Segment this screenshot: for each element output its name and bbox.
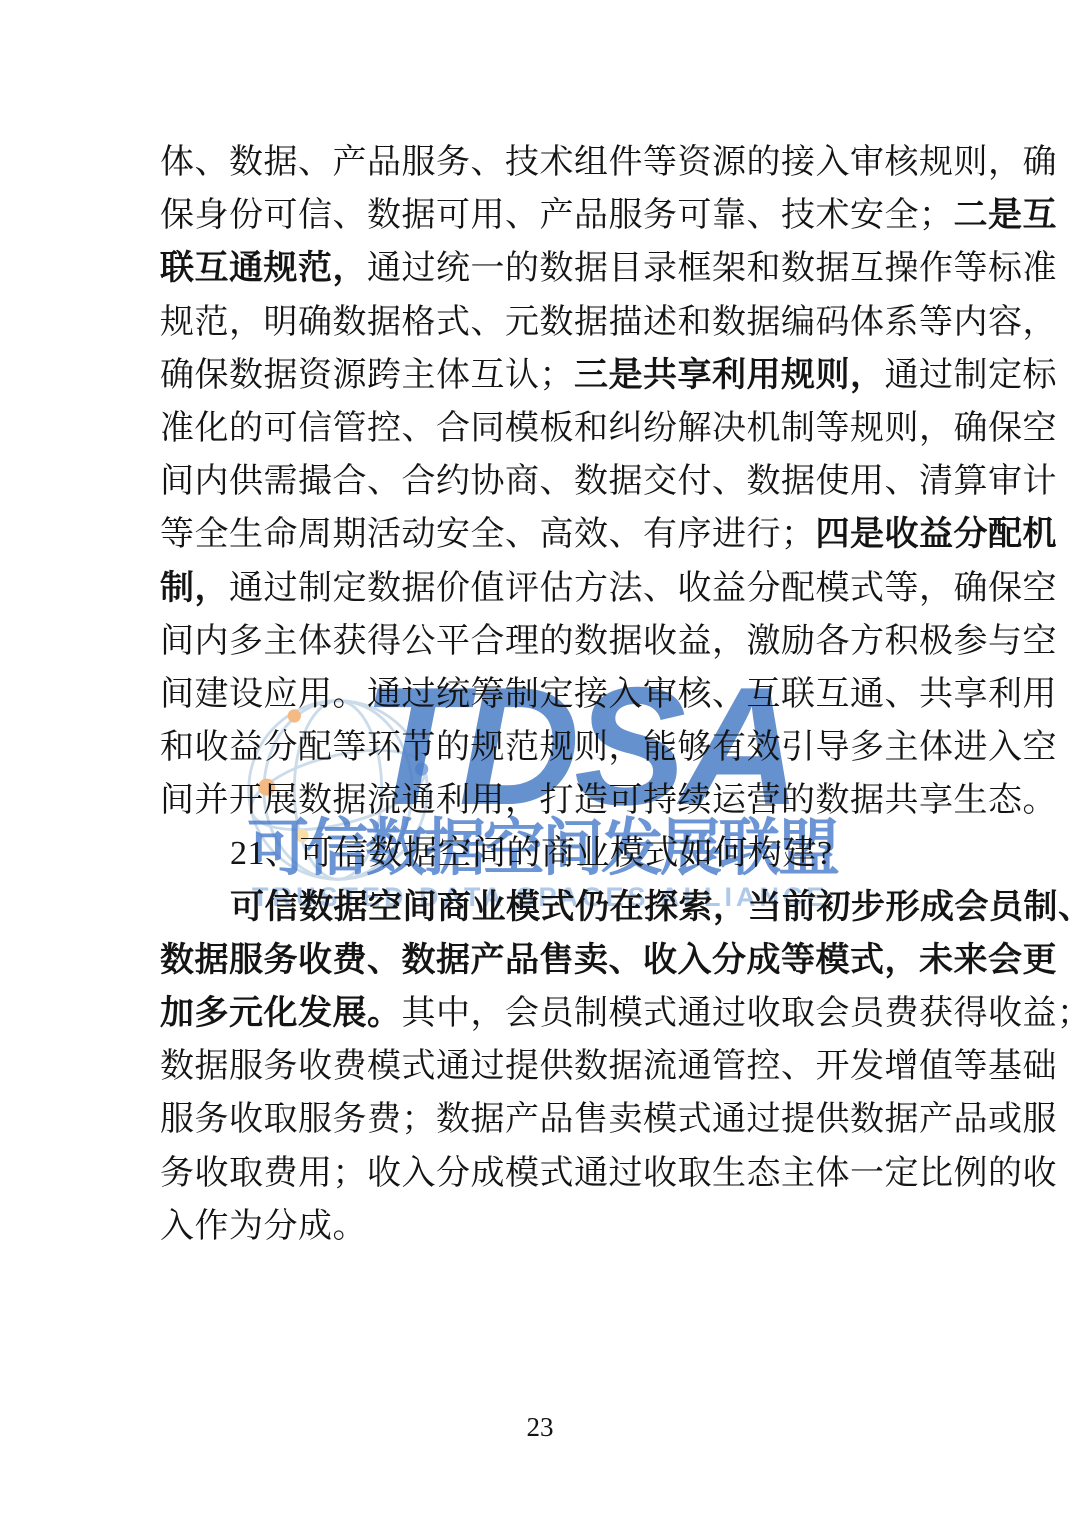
text-line: 间并开展数据流通利用，打造可持续运营的数据共享生态。 (160, 774, 920, 827)
text-line: 服务收取服务费；数据产品售卖模式通过提供数据产品或服 (160, 1093, 920, 1146)
text-line: 间建设应用。通过统筹制定接入审核、互联互通、共享利用 (160, 668, 920, 721)
text-run: 规范，明确数据格式、元数据描述和数据编码体系等内容， (160, 304, 1057, 341)
text-run: 务收取费用；收入分成模式通过收取生态主体一定比例的收 (160, 1155, 1057, 1192)
bold-text-run: 可信数据空间商业模式仍在探索，当前初步形成会员制、 (230, 888, 1080, 926)
text-run: 间并开展数据流通利用，打造可持续运营的数据共享生态。 (160, 782, 1057, 819)
text-line: 数据服务收费模式通过提供数据流通管控、开发增值等基础 (160, 1040, 920, 1093)
text-line: 间内供需撮合、合约协商、数据交付、数据使用、清算审计 (160, 455, 920, 508)
page-number: 23 (0, 1410, 1080, 1444)
text-run: 其中，会员制模式通过收取会员费获得收益； (402, 995, 1080, 1032)
text-run: 体、数据、产品服务、技术组件等资源的接入审核规则，确 (160, 144, 1057, 181)
text-line: 等全生命周期活动安全、高效、有序进行；四是收益分配机 (160, 508, 920, 561)
text-line: 间内多主体获得公平合理的数据收益，激励各方积极参与空 (160, 615, 920, 668)
text-line: 可信数据空间商业模式仍在探索，当前初步形成会员制、 (160, 881, 920, 934)
text-run: 准化的可信管控、合同模板和纠纷解决机制等规则，确保空 (160, 410, 1057, 447)
bold-text-run: 三是共享利用规则， (574, 356, 885, 394)
bold-text-run: 四是收益分配机 (816, 515, 1058, 553)
text-run: 入作为分成。 (160, 1208, 367, 1245)
text-line: 确保数据资源跨主体互认；三是共享利用规则，通过制定标 (160, 349, 920, 402)
text-line: 21、可信数据空间的商业模式如何构建? (160, 827, 920, 880)
text-line: 体、数据、产品服务、技术组件等资源的接入审核规则，确 (160, 136, 920, 189)
text-run: 服务收取服务费；数据产品售卖模式通过提供数据产品或服 (160, 1101, 1057, 1138)
text-line: 入作为分成。 (160, 1200, 920, 1253)
text-run: 确保数据资源跨主体互认； (160, 357, 574, 394)
text-run: 和收益分配等环节的规范规则，能够有效引导多主体进入空 (160, 729, 1057, 766)
bold-text-run: 联互通规范， (160, 249, 367, 287)
text-run: 间建设应用。通过统筹制定接入审核、互联互通、共享利用 (160, 676, 1057, 713)
text-line: 数据服务收费、数据产品售卖、收入分成等模式，未来会更 (160, 934, 920, 987)
text-line: 规范，明确数据格式、元数据描述和数据编码体系等内容， (160, 296, 920, 349)
text-run: 间内多主体获得公平合理的数据收益，激励各方积极参与空 (160, 623, 1057, 660)
text-run: 等全生命周期活动安全、高效、有序进行； (160, 516, 816, 553)
text-run: 通过制定数据价值评估方法、收益分配模式等，确保空 (229, 570, 1057, 607)
text-run: 数据服务收费模式通过提供数据流通管控、开发增值等基础 (160, 1048, 1057, 1085)
text-block: 体、数据、产品服务、技术组件等资源的接入审核规则，确保身份可信、数据可用、产品服… (160, 136, 920, 1253)
text-line: 务收取费用；收入分成模式通过收取生态主体一定比例的收 (160, 1147, 920, 1200)
text-line: 保身份可信、数据可用、产品服务可靠、技术安全；二是互 (160, 189, 920, 242)
text-line: 准化的可信管控、合同模板和纠纷解决机制等规则，确保空 (160, 402, 920, 455)
document-page: TDSA 可信数据空间发展联盟 TRUSTED DATA SPACES ALLI… (0, 0, 1080, 1527)
text-run: 间内供需撮合、合约协商、数据交付、数据使用、清算审计 (160, 463, 1057, 500)
bold-text-run: 制， (160, 569, 229, 607)
text-line: 联互通规范，通过统一的数据目录框架和数据互操作等标准 (160, 242, 920, 295)
text-run: 保身份可信、数据可用、产品服务可靠、技术安全； (160, 197, 954, 234)
bold-text-run: 二是互 (954, 196, 1058, 234)
bold-text-run: 加多元化发展。 (160, 994, 402, 1032)
text-line: 和收益分配等环节的规范规则，能够有效引导多主体进入空 (160, 721, 920, 774)
text-run: 通过制定标 (885, 357, 1058, 394)
text-line: 制，通过制定数据价值评估方法、收益分配模式等，确保空 (160, 562, 920, 615)
text-run: 21、可信数据空间的商业模式如何构建? (230, 835, 833, 872)
text-run: 通过统一的数据目录框架和数据互操作等标准 (367, 250, 1057, 287)
text-line: 加多元化发展。其中，会员制模式通过收取会员费获得收益； (160, 987, 920, 1040)
bold-text-run: 数据服务收费、数据产品售卖、收入分成等模式，未来会更 (160, 941, 1057, 979)
